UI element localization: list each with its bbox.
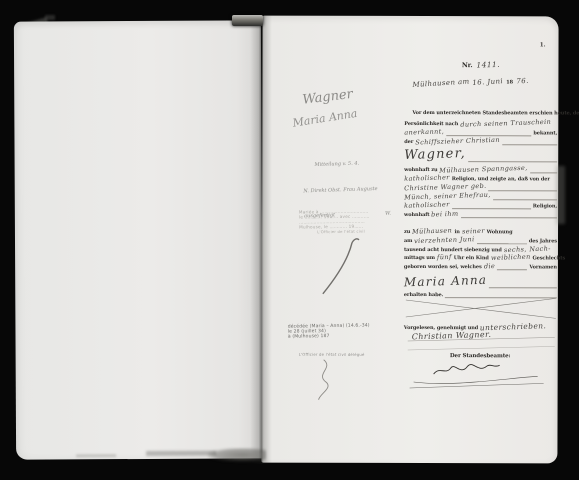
handwritten-entry: anerkannt, — [404, 127, 444, 136]
page-edge-smudge — [146, 451, 216, 456]
rule-fill — [477, 238, 527, 244]
rule-line — [408, 346, 555, 350]
rule-fill — [461, 212, 557, 218]
form-line: mittags um fünf Uhr ein Kind weiblichen … — [404, 253, 557, 261]
print-text: Wohnung — [487, 229, 513, 235]
folio-number: 1. — [540, 42, 546, 48]
form-line: der Schiffszieher Christian — [404, 137, 557, 145]
frame-smudge — [45, 15, 55, 20]
print-text: Geschlechts — [532, 255, 565, 261]
form-line: am vierzehnten Juni des Jahres — [404, 236, 557, 244]
rule-fill — [497, 264, 527, 270]
delegate-stamp: L'Officier de l'état civil délégué — [299, 352, 365, 357]
rule-fill — [493, 194, 557, 200]
declarant-signature-line: Christian Wagner. — [412, 331, 565, 340]
handwritten-entry: durch seinen Trauschein — [460, 118, 551, 129]
nr-label: Nr. — [462, 61, 473, 69]
handwritten-entry: Schiffszieher Christian — [415, 136, 500, 147]
print-text: zu — [404, 229, 410, 235]
form-line: katholischer Religion, — [404, 201, 557, 209]
spine-clamp — [232, 15, 263, 26]
record-number-line: Nr. 1411. — [404, 60, 557, 69]
form-line: anerkannt, bekannt, — [404, 128, 557, 136]
scanned-register-spread: 1. Nr. 1411. Mülhausen am 16. Juni 18 76… — [0, 0, 579, 480]
strike-line — [406, 300, 556, 318]
dateline-year: 76. — [516, 77, 529, 86]
margin-surname: Wagner — [302, 87, 354, 108]
form-line-given-names: Maria Anna — [404, 274, 557, 288]
dateline-century: 18 — [506, 79, 513, 85]
print-text: geboren worden sei, welches — [404, 264, 482, 270]
stamp-line: L'Officier de l'état civil — [317, 228, 395, 234]
form-line: geboren worden sei, welches die Vornamen — [404, 262, 557, 270]
rule-fill — [530, 167, 557, 173]
dateline: Mülhausen am 16. Juni 18 76. — [412, 76, 552, 88]
print-text: Vornamen — [529, 264, 557, 270]
dateline-daymonth: 16. Juni — [472, 77, 503, 87]
form-line: wohnhaft zu Mülhausen Spanngasse, — [404, 165, 557, 173]
registrar-title: Der Standesbeamte: — [450, 353, 511, 359]
surname-entry: Wagner, — [404, 146, 466, 163]
rule-fill — [452, 203, 531, 209]
marriage-stamp: Mariée à …………………………… le ………… 19…… avec …… — [299, 208, 395, 234]
print-text: der — [404, 139, 413, 145]
margin-given-names: Maria Anna — [292, 107, 359, 130]
form-line: zu Mülhausen in seiner Wohnung — [404, 227, 557, 235]
registrar-title-line: Der Standesbeamte: — [404, 353, 557, 359]
death-note-line: à (Mulhouse) 187 — [288, 333, 400, 340]
nr-value: 1411. — [476, 60, 500, 70]
page-edge-smudge — [76, 454, 116, 457]
handwritten-entry: die — [484, 262, 496, 270]
handwritten-entry: vierzehnten Juni — [414, 235, 475, 245]
print-text: bekannt, — [533, 130, 557, 136]
signature-flourish — [414, 376, 538, 384]
handwritten-entry: fünf — [437, 253, 452, 261]
print-text: wohnhaft — [404, 212, 429, 218]
register-form-page: 1. Nr. 1411. Mülhausen am 16. Juni 18 76… — [261, 16, 558, 464]
print-text: in — [454, 229, 459, 235]
pencil-note-line: N. Direkt Obst. Frau Auguste — [303, 186, 377, 194]
print-text: wohnhaft zu — [404, 167, 437, 173]
pencil-note-line: Mitteilung v. 5. 4. — [314, 161, 359, 168]
handwritten-entry: bei ihm — [431, 210, 459, 219]
form-line: wohnhaft bei ihm — [404, 210, 557, 218]
handwritten-entry: Mülhausen Spanngasse, — [439, 164, 528, 175]
print-text: Uhr ein Kind — [454, 255, 489, 261]
print-text: Persönlichkeit nach — [404, 121, 458, 127]
form-line: erhalten habe. — [404, 292, 557, 298]
dateline-place: Mülhausen am — [412, 78, 470, 89]
handwritten-entry: katholischer — [404, 200, 450, 209]
rule-fill — [489, 282, 557, 288]
handwritten-entry: weiblichen — [491, 253, 531, 262]
death-annotation: décédée (Maria – Anna) (14.6.-34) le 28 … — [288, 323, 400, 340]
rule-fill — [502, 139, 557, 145]
print-text: am — [404, 238, 412, 244]
form-line-surname: Wagner, — [404, 147, 557, 162]
declarant-signature: Christian Wagner. — [412, 330, 492, 342]
handwritten-entry: Mülhausen — [412, 226, 452, 235]
rule-fill — [489, 185, 558, 191]
book-gutter — [250, 15, 272, 464]
rule-fill — [445, 292, 557, 298]
registrar-signature — [434, 364, 500, 374]
print-text: mittags um — [404, 255, 435, 261]
strike-line — [406, 298, 556, 317]
signature-flourish — [410, 383, 544, 388]
print-text: Religion, — [533, 203, 557, 209]
print-text: erhalten habe. — [404, 292, 443, 298]
form-line: Vor dem unterzeichneten Standesbeamten e… — [404, 110, 565, 116]
form-line: Persönlichkeit nach durch seinen Trausch… — [404, 119, 557, 127]
form-line: Münch, seiner Ehefrau, — [404, 192, 557, 200]
margin-scribble — [319, 360, 329, 400]
given-names-entry: Maria Anna — [404, 273, 488, 290]
handwritten-entry: katholischer — [404, 173, 450, 182]
print-text: des Jahres — [529, 238, 557, 244]
rule-fill — [468, 156, 557, 162]
print-text: Vor dem unterzeichneten Standesbeamten e… — [412, 110, 579, 116]
left-blank-page — [14, 20, 263, 459]
margin-check-slash — [323, 239, 359, 294]
